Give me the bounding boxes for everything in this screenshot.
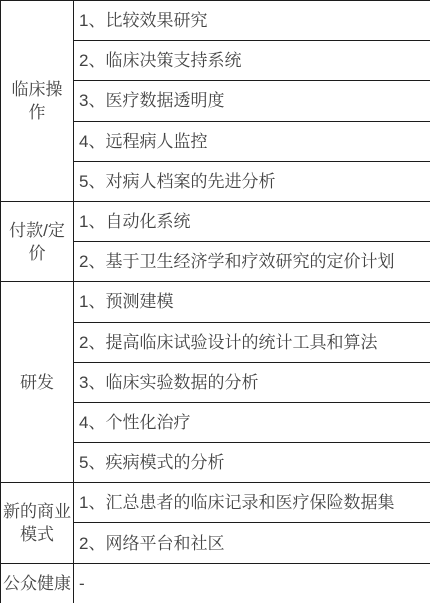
- category-cell-0: 临床操 作: [1, 1, 74, 202]
- item-cell: 3、临床实验数据的分析: [74, 362, 430, 402]
- item-cell: 1、汇总患者的临床记录和医疗保险数据集: [74, 483, 430, 523]
- item-cell: 2、提高临床试验设计的统计工具和算法: [74, 322, 430, 362]
- item-cell: 4、远程病人监控: [74, 121, 430, 161]
- table-body: 临床操 作1、比较效果研究2、临床决策支持系统3、医疗数据透明度4、远程病人监控…: [1, 1, 430, 603]
- item-cell: 5、对病人档案的先进分析: [74, 161, 430, 201]
- category-cell-1: 付款/定 价: [1, 201, 74, 281]
- table-row: 新的商业 模式1、汇总患者的临床记录和医疗保险数据集: [1, 483, 430, 523]
- item-cell: 4、个性化治疗: [74, 402, 430, 442]
- table-row: 付款/定 价1、自动化系统: [1, 201, 430, 241]
- document-page: 临床操 作1、比较效果研究2、临床决策支持系统3、医疗数据透明度4、远程病人监控…: [0, 0, 430, 603]
- item-cell: 5、疾病模式的分析: [74, 443, 430, 483]
- item-cell: -: [74, 563, 430, 603]
- item-cell: 1、预测建模: [74, 282, 430, 322]
- item-cell: 2、临床决策支持系统: [74, 41, 430, 81]
- item-cell: 2、基于卫生经济学和疗效研究的定价计划: [74, 242, 430, 282]
- item-cell: 3、医疗数据透明度: [74, 81, 430, 121]
- category-cell-3: 新的商业 模式: [1, 483, 74, 563]
- table-row: 研发1、预测建模: [1, 282, 430, 322]
- table-row: 临床操 作1、比较效果研究: [1, 1, 430, 41]
- item-cell: 1、比较效果研究: [74, 1, 430, 41]
- business-segments-table: 临床操 作1、比较效果研究2、临床决策支持系统3、医疗数据透明度4、远程病人监控…: [0, 0, 430, 603]
- table-row: 公众健康-: [1, 563, 430, 603]
- item-cell: 2、网络平台和社区: [74, 523, 430, 563]
- item-cell: 1、自动化系统: [74, 201, 430, 241]
- category-cell-4: 公众健康: [1, 563, 74, 603]
- category-cell-2: 研发: [1, 282, 74, 483]
